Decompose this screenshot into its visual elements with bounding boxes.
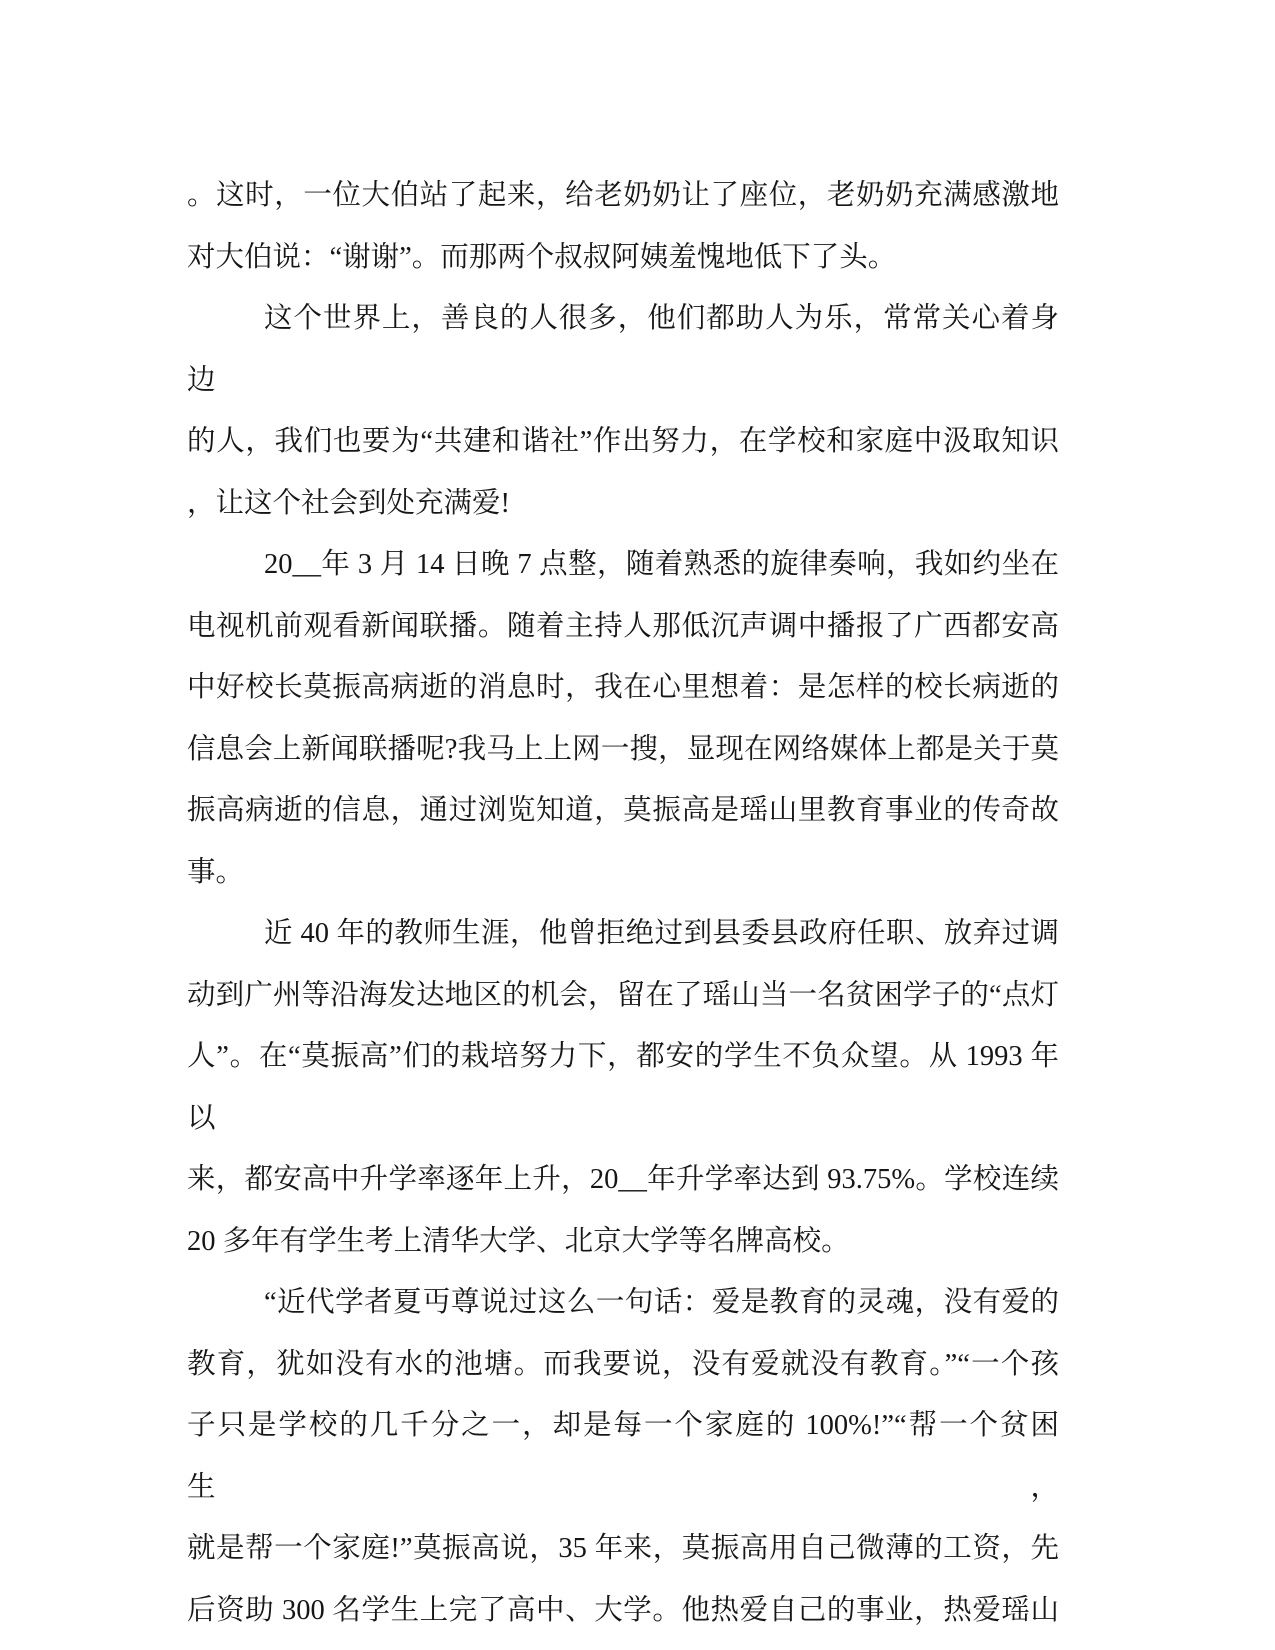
text-line: 后资助 300 名学生上完了高中、大学。他热爱自己的事业，热爱瑶山 — [187, 1580, 1059, 1642]
essay-body: 。这时，一位大伯站了起来，给老奶奶让了座位，老奶奶充满感激地对大伯说：“谢谢”。… — [187, 165, 1059, 1641]
text-line: 对大伯说：“谢谢”。而那两个叔叔阿姨羞愧地低下了头。 — [187, 227, 1059, 289]
text-line: 教育，犹如没有水的池塘。而我要说，没有爱就没有教育。”“一个孩 — [187, 1334, 1059, 1396]
text-line: 近 40 年的教师生涯，他曾拒绝过到县委县政府任职、放弃过调 — [187, 903, 1059, 965]
text-line: 电视机前观看新闻联播。随着主持人那低沉声调中播报了广西都安高 — [187, 596, 1059, 658]
document-page: 。这时，一位大伯站了起来，给老奶奶让了座位，老奶奶充满感激地对大伯说：“谢谢”。… — [0, 0, 1275, 1650]
text-line: “近代学者夏丏尊说过这么一句话：爱是教育的灵魂，没有爱的 — [187, 1272, 1059, 1334]
text-line: 就是帮一个家庭!”莫振高说，35 年来，莫振高用自己微薄的工资，先 — [187, 1518, 1059, 1580]
text-line: 动到广州等沿海发达地区的机会，留在了瑶山当一名贫困学子的“点灯 — [187, 965, 1059, 1027]
text-line: 信息会上新闻联播呢?我马上上网一搜，显现在网络媒体上都是关于莫 — [187, 719, 1059, 781]
text-line: 子只是学校的几千分之一，却是每一个家庭的 100%!”“帮一个贫困生， — [187, 1395, 1059, 1518]
text-line: 这个世界上，善良的人很多，他们都助人为乐，常常关心着身边 — [187, 288, 1059, 411]
text-line: 事。 — [187, 842, 1059, 904]
text-line: 的人，我们也要为“共建和谐社”作出努力，在学校和家庭中汲取知识 — [187, 411, 1059, 473]
text-line: ，让这个社会到处充满爱! — [187, 473, 1059, 535]
text-line: 20 多年有学生考上清华大学、北京大学等名牌高校。 — [187, 1211, 1059, 1273]
text-line: 来，都安高中升学率逐年上升，20__年升学率达到 93.75%。学校连续 — [187, 1149, 1059, 1211]
text-line: 人”。在“莫振高”们的栽培努力下，都安的学生不负众望。从 1993 年以 — [187, 1026, 1059, 1149]
text-line: 振高病逝的信息，通过浏览知道，莫振高是瑶山里教育事业的传奇故 — [187, 780, 1059, 842]
text-line: 中好校长莫振高病逝的消息时，我在心里想着：是怎样的校长病逝的 — [187, 657, 1059, 719]
text-line: 20__年 3 月 14 日晚 7 点整，随着熟悉的旋律奏响，我如约坐在 — [187, 534, 1059, 596]
text-line: 。这时，一位大伯站了起来，给老奶奶让了座位，老奶奶充满感激地 — [187, 165, 1059, 227]
